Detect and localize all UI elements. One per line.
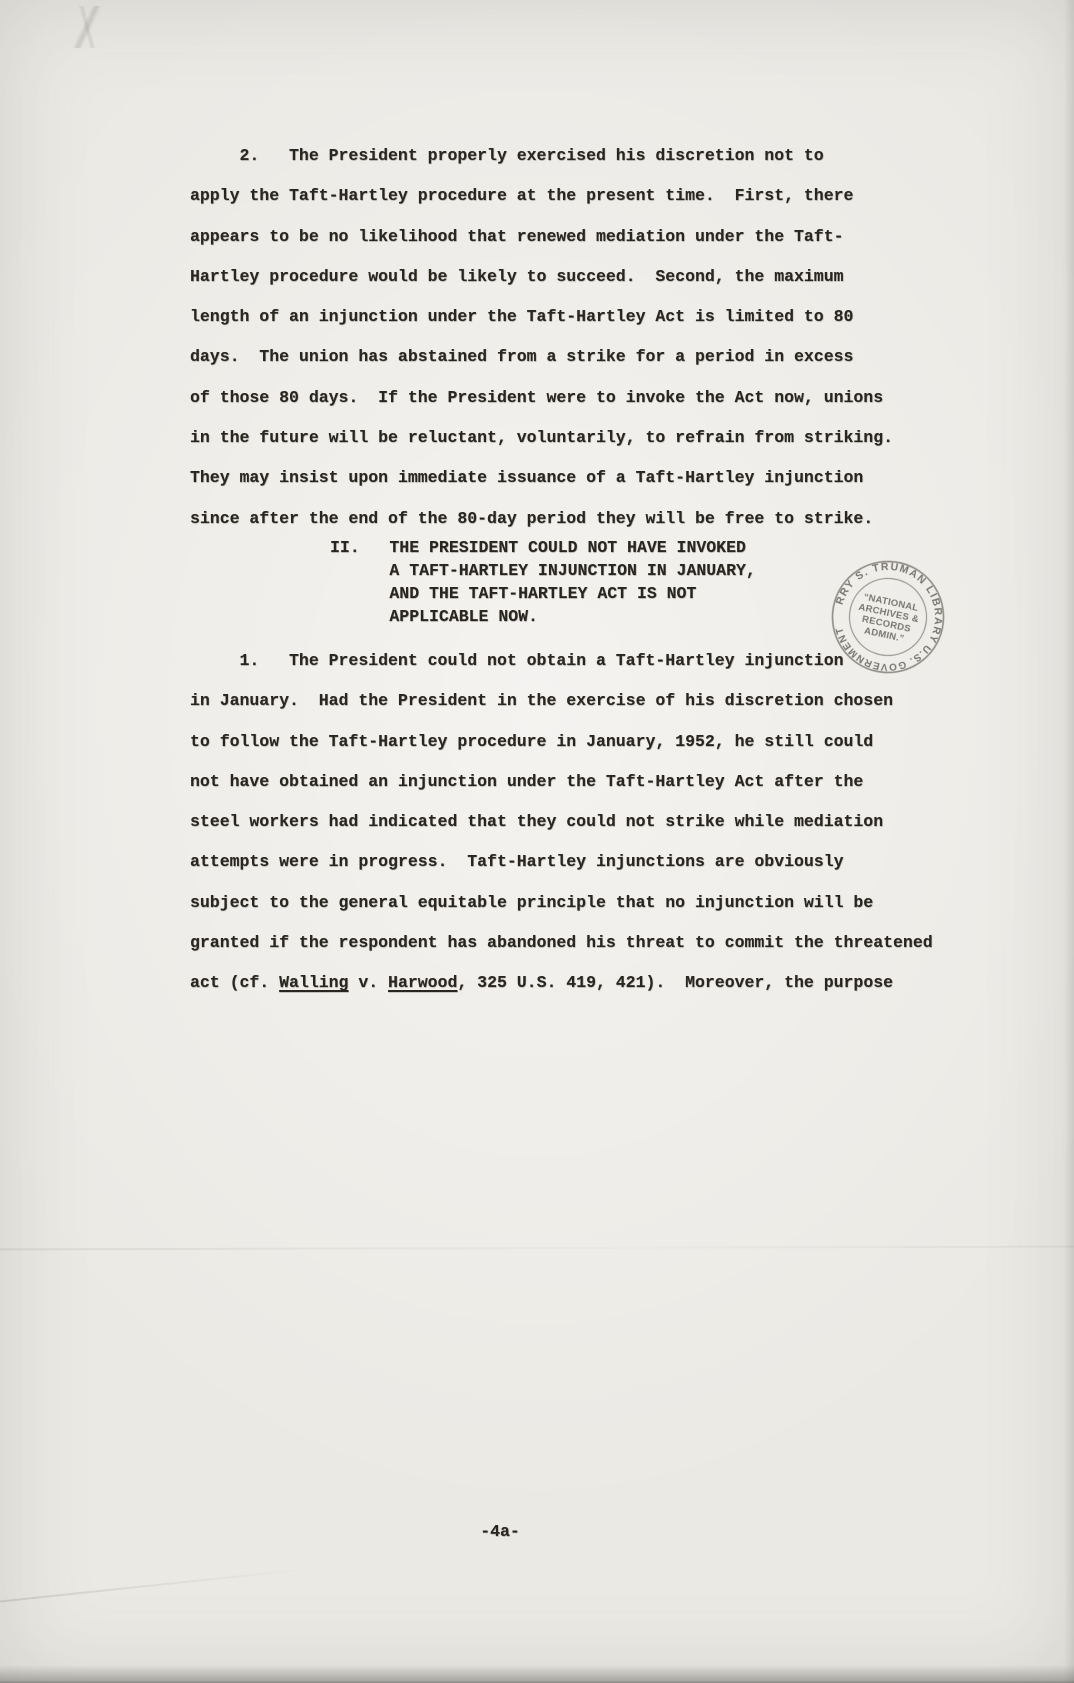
text-line: AND THE TAFT-HARTLEY ACT IS NOT bbox=[330, 582, 756, 605]
text-line: granted if the respondent has abandoned … bbox=[190, 923, 933, 963]
stamp-svg: HARRY S. TRUMAN LIBRARY U.S. GOVERNMENT … bbox=[805, 534, 971, 700]
text-line: 2. The President properly exercised his … bbox=[190, 136, 893, 176]
text-line: APPLICABLE NOW. bbox=[330, 605, 756, 628]
text-line: appears to be no likelihood that renewed… bbox=[190, 217, 893, 257]
paragraph-point-2: 2. The President properly exercised his … bbox=[190, 136, 893, 539]
text-line: Hartley procedure would be likely to suc… bbox=[190, 257, 893, 297]
paragraph-point-1: 1. The President could not obtain a Taft… bbox=[190, 641, 933, 1003]
text-line: A TAFT-HARTLEY INJUNCTION IN JANUARY, bbox=[330, 559, 756, 582]
text-line: of those 80 days. If the President were … bbox=[190, 378, 893, 418]
section-heading-ii: II. THE PRESIDENT COULD NOT HAVE INVOKED… bbox=[330, 536, 756, 628]
diagonal-crease bbox=[0, 1568, 311, 1604]
text-line: since after the end of the 80-day period… bbox=[190, 499, 893, 539]
text-line: subject to the general equitable princip… bbox=[190, 883, 933, 923]
page-number: -4a- bbox=[452, 1522, 548, 1541]
scan-edge-bottom bbox=[0, 1665, 1074, 1683]
text-line: They may insist upon immediate issuance … bbox=[190, 458, 893, 498]
text-line: apply the Taft-Hartley procedure at the … bbox=[190, 176, 893, 216]
text-line: steel workers had indicated that they co… bbox=[190, 802, 933, 842]
text-line: II. THE PRESIDENT COULD NOT HAVE INVOKED bbox=[330, 536, 756, 559]
corner-fold-mark bbox=[52, 6, 122, 48]
text-line: not have obtained an injunction under th… bbox=[190, 762, 933, 802]
text-line: in January. Had the President in the exe… bbox=[190, 681, 933, 721]
text-line: act (cf. Walling v. Harwood, 325 U.S. 41… bbox=[190, 963, 933, 1003]
text-line: days. The union has abstained from a str… bbox=[190, 337, 893, 377]
text-line: to follow the Taft-Hartley procedure in … bbox=[190, 722, 933, 762]
text-line: in the future will be reluctant, volunta… bbox=[190, 418, 893, 458]
scan-edge-right bbox=[1064, 0, 1074, 1683]
text-line: attempts were in progress. Taft-Hartley … bbox=[190, 842, 933, 882]
text-line: length of an injunction under the Taft-H… bbox=[190, 297, 893, 337]
scanned-document-page: { "page": { "paper_color": "#ebe9e4", "i… bbox=[0, 0, 1074, 1683]
truman-library-archive-stamp: HARRY S. TRUMAN LIBRARY U.S. GOVERNMENT … bbox=[805, 534, 971, 700]
horizontal-crease bbox=[0, 1246, 1074, 1251]
